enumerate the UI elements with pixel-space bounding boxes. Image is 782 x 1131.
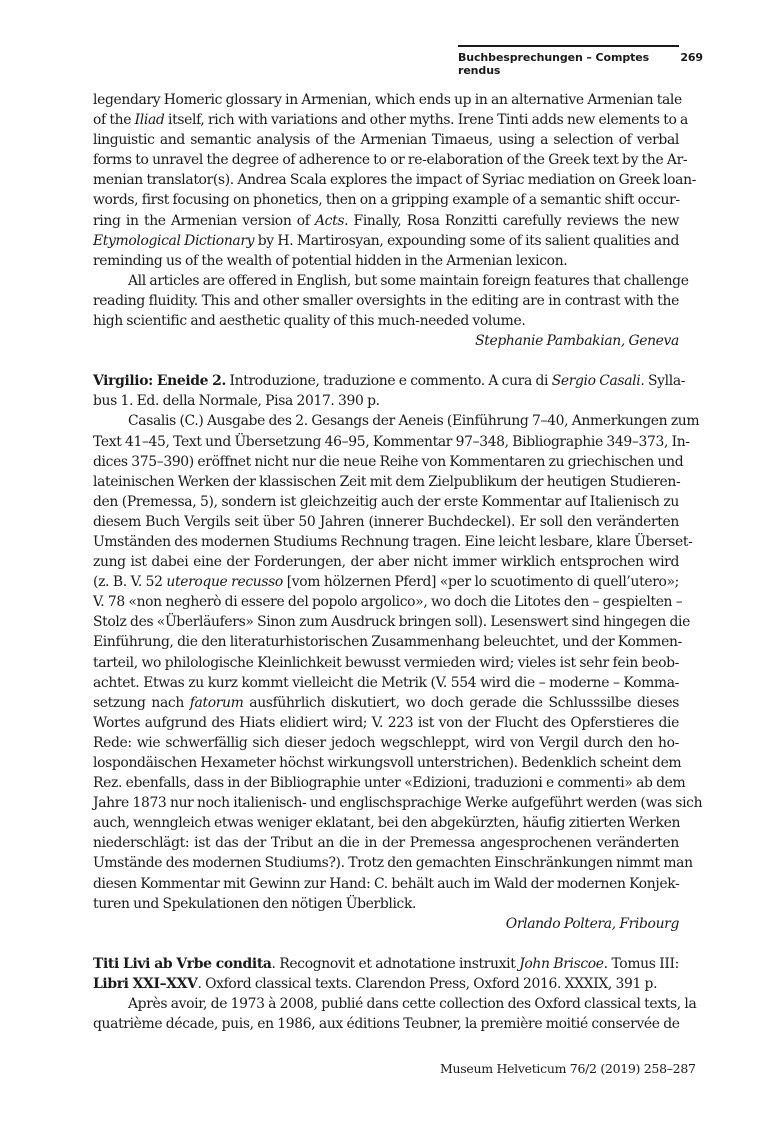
review-virgilio-eneide: Virgilio: Eneide 2. Introduzione, traduz… (93, 371, 679, 934)
text-line: dices 375–390) eröffnet nicht nur die ne… (93, 452, 679, 472)
text-line: lateinischen Werken der klassischen Zeit… (93, 472, 679, 492)
text-line: ring in the Armenian version of Acts. Fi… (93, 211, 679, 231)
text-line: Wortes aufgrund des Hiats elidiert wird;… (93, 713, 679, 733)
reviewer-signature: Orlando Poltera, Fribourg (93, 914, 679, 934)
review-heading: Titi Livi ab Vrbe condita. Recognovit et… (93, 954, 679, 974)
section-gap (93, 934, 679, 954)
review-titi-livi: Titi Livi ab Vrbe condita. Recognovit et… (93, 954, 679, 1034)
text-line: Après avoir, de 1973 à 2008, publié dans… (93, 994, 679, 1014)
text-line: forms to unravel the degree of adherence… (93, 150, 679, 170)
reviewer-signature: Stephanie Pambakian, Geneva (93, 331, 679, 351)
text-line: V. 78 «non negherò di essere del popolo … (93, 592, 679, 612)
text-line: menian translator(s). Andrea Scala explo… (93, 170, 679, 190)
page-body: legendary Homeric glossary in Armenian, … (93, 90, 679, 1034)
text-line: high scientific and aesthetic quality of… (93, 311, 679, 331)
text-line: lospondäischen Hexameter höchst wirkungs… (93, 753, 679, 773)
header-rule (458, 45, 679, 47)
review-heading-line-2: bus 1. Ed. della Normale, Pisa 2017. 390… (93, 391, 679, 411)
text-line: diesen Kommentar mit Gewinn zur Hand: C.… (93, 874, 679, 894)
running-head: Buchbesprechungen – Comptes rendus 269 (458, 45, 703, 77)
text-line: of the Iliad itself, rich with variation… (93, 110, 679, 130)
review-armenian-volume-end: legendary Homeric glossary in Armenian, … (93, 90, 679, 351)
text-line: Text 41–45, Text und Übersetzung 46–95, … (93, 432, 679, 452)
text-line: niederschlägt: ist das der Tribut an die… (93, 833, 679, 853)
text-line: Einführung, die den literaturhistorische… (93, 632, 679, 652)
text-line: words, first focusing on phonetics, then… (93, 190, 679, 210)
text-line: quatrième décade, puis, en 1986, aux édi… (93, 1014, 679, 1034)
text-line: All articles are offered in English, but… (93, 271, 679, 291)
text-line: tarteil, wo philologische Kleinlichkeit … (93, 653, 679, 673)
text-line: setzung nach fatorum ausführlich diskuti… (93, 693, 679, 713)
text-line: Casalis (C.) Ausgabe des 2. Gesangs der … (93, 411, 679, 431)
review-heading-line-2: Libri XXI–XXV. Oxford classical texts. C… (93, 974, 679, 994)
section-title: Buchbesprechungen – Comptes rendus (458, 51, 679, 77)
text-line: Etymological Dictionary by H. Martirosya… (93, 231, 679, 251)
text-line: zung ist dabei eine der Forderungen, der… (93, 552, 679, 572)
section-gap (93, 351, 679, 371)
review-heading: Virgilio: Eneide 2. Introduzione, traduz… (93, 371, 679, 391)
text-line: Umständen des modernen Studiums Rechnung… (93, 532, 679, 552)
text-line: achtet. Etwas zu kurz kommt vielleicht d… (93, 673, 679, 693)
text-line: reminding us of the wealth of potential … (93, 251, 679, 271)
text-line: auch, wenngleich etwas weniger eklatant,… (93, 813, 679, 833)
text-line: reading fluidity. This and other smaller… (93, 291, 679, 311)
text-line: Stolz des «Überläufers» Sinon zum Ausdru… (93, 612, 679, 632)
text-line: den (Premessa, 5), sondern ist gleichzei… (93, 492, 679, 512)
text-line: linguistic and semantic analysis of the … (93, 130, 679, 150)
text-line: diesem Buch Vergils seit über 50 Jahren … (93, 512, 679, 532)
journal-citation: Museum Helveticum 76/2 (2019) 258–287 (440, 1061, 680, 1076)
text-line: Umstände des modernen Studiums?). Trotz … (93, 853, 679, 873)
text-line: Rede: wie schwerfällig sich dieser jedoc… (93, 733, 679, 753)
text-line: (z. B. V. 52 uteroque recusso [vom hölze… (93, 572, 679, 592)
page-number: 269 (680, 51, 703, 77)
text-line: Rez. ebenfalls, dass in der Bibliographi… (93, 773, 679, 793)
text-line: Jahre 1873 nur noch italienisch- und eng… (93, 793, 679, 813)
text-line: turen und Spekulationen den nötigen Über… (93, 894, 679, 914)
text-line: legendary Homeric glossary in Armenian, … (93, 90, 679, 110)
